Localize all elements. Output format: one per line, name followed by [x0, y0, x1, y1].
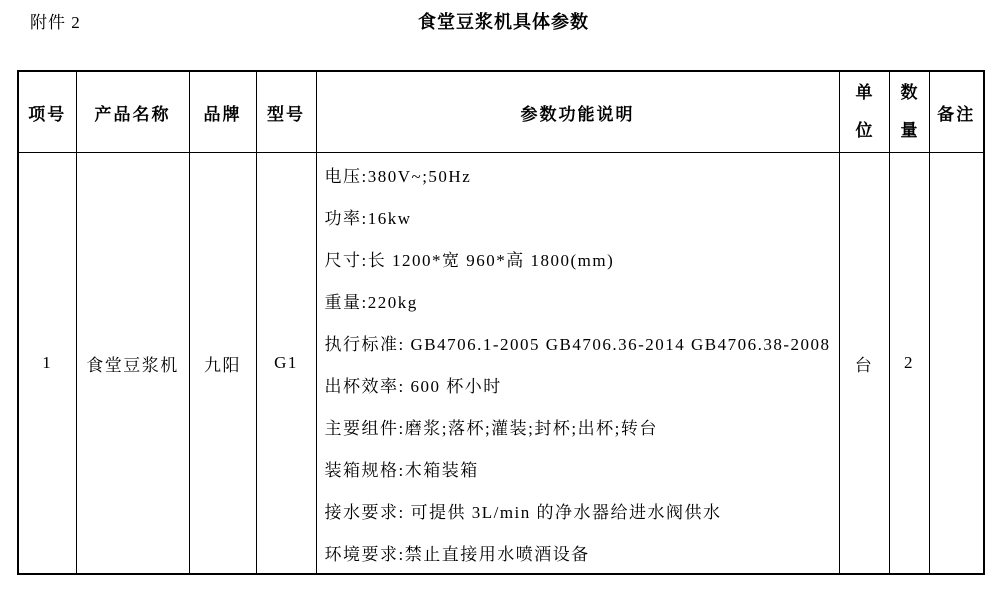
col-header-brand: 品牌 — [189, 71, 256, 153]
cell-model: G1 — [256, 153, 316, 575]
col-header-item-no: 项号 — [18, 71, 76, 153]
table-header-row: 项号 产品名称 品牌 型号 参数功能说明 单位 数量 备注 — [18, 71, 984, 153]
col-header-unit-label: 单位 — [854, 74, 874, 150]
spec-line-water-supply: 接水要求: 可提供 3L/min 的净水器给进水阀供水 — [317, 489, 839, 531]
page-title: 食堂豆浆机具体参数 — [0, 8, 1007, 34]
cell-item-no: 1 — [18, 153, 76, 575]
col-header-product-name: 产品名称 — [76, 71, 189, 153]
document-header: 附件 2 食堂豆浆机具体参数 — [0, 8, 1007, 34]
cell-remark — [929, 153, 984, 575]
spec-line-power: 功率:16kw — [317, 195, 839, 237]
document-page: 附件 2 食堂豆浆机具体参数 项号 产品名称 品牌 型号 参数功能说明 单位 — [0, 0, 1007, 594]
col-header-model: 型号 — [256, 71, 316, 153]
col-header-spec: 参数功能说明 — [316, 71, 839, 153]
spec-line-voltage: 电压:380V~;50Hz — [317, 153, 839, 195]
cell-spec: 电压:380V~;50Hz 功率:16kw 尺寸:长 1200*宽 960*高 … — [316, 153, 839, 575]
cell-product-name: 食堂豆浆机 — [76, 153, 189, 575]
col-header-quantity-label: 数量 — [899, 74, 919, 150]
spec-line-dimensions: 尺寸:长 1200*宽 960*高 1800(mm) — [317, 237, 839, 279]
spec-line-components: 主要组件:磨浆;落杯;灌装;封杯;出杯;转台 — [317, 405, 839, 447]
spec-line-output-rate: 出杯效率: 600 杯小时 — [317, 363, 839, 405]
col-header-remark: 备注 — [929, 71, 984, 153]
cell-brand: 九阳 — [189, 153, 256, 575]
spec-line-packing: 装箱规格:木箱装箱 — [317, 447, 839, 489]
col-header-quantity: 数量 — [889, 71, 929, 153]
cell-quantity: 2 — [889, 153, 929, 575]
cell-unit: 台 — [839, 153, 889, 575]
spec-line-weight: 重量:220kg — [317, 279, 839, 321]
table-row: 1 食堂豆浆机 九阳 G1 电压:380V~;50Hz 功率:16kw 尺寸:长… — [18, 153, 984, 575]
spec-table: 项号 产品名称 品牌 型号 参数功能说明 单位 数量 备注 1 食堂豆浆机 九阳… — [17, 70, 985, 575]
spec-line-standards: 执行标准: GB4706.1-2005 GB4706.36-2014 GB470… — [317, 321, 839, 363]
col-header-unit: 单位 — [839, 71, 889, 153]
spec-line-environment: 环境要求:禁止直接用水喷酒设备 — [317, 531, 839, 573]
